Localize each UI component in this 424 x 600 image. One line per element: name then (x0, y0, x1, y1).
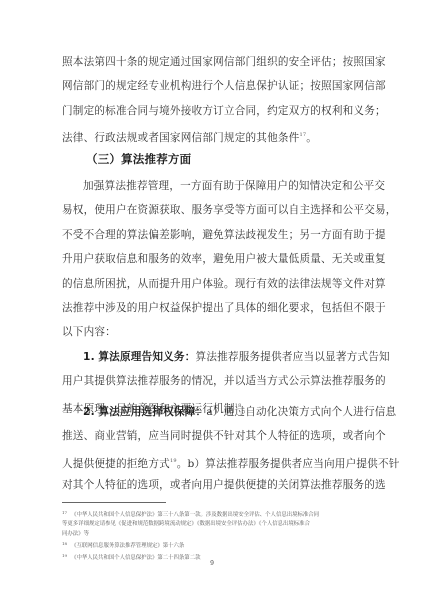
text-span: 算法推荐服务提供者应当以显著方式告知 (196, 351, 390, 363)
text-line: 法推荐中涉及的用户权益保护提出了具体的细化要求，包括但不限于 (62, 296, 362, 320)
text-span: 。b）算法推荐服务提供者应当向用户提供不针 (177, 458, 400, 470)
footnote-text: 《中华人民共和国个人信息保护法》第三十八条第一款。涉及数据出境安全评估、个人信息… (71, 512, 319, 518)
item-number: 1. (83, 351, 95, 363)
footnote-text: 《互联网信息服务算法推荐管理规定》第十六条 (71, 543, 184, 549)
item-title: 算法原理告知义务： (98, 351, 195, 363)
footnote-ref[interactable]: 19 (170, 458, 177, 464)
paragraph-algorithm-recommendation: 加强算法推荐管理，一方面有助于保障用户的知情决定和公平交 易权，使用户在资源获取… (62, 174, 362, 345)
text-line: 推送、商业营销，应当同时提供不针对其个人特征的选项，或者向个 (62, 424, 362, 448)
item-title: 算法应用选择权保障： (98, 406, 206, 418)
footnote-marker: 17 (62, 510, 67, 515)
text-line: 法律、行政法规或者国家网信部门规定的其他条件17。 (62, 123, 362, 147)
text-line: 人提供便捷的拒绝方式19。b）算法推荐服务提供者应当向用户提供不针 (62, 449, 362, 473)
item-number: 2. (83, 406, 95, 418)
page-number: 9 (0, 560, 424, 567)
text-span: 人提供便捷的拒绝方式 (62, 458, 170, 470)
text-line: 对其个人特征的选项，或者向用户提供便捷的关闭算法推荐服务的选 (62, 473, 362, 497)
text-span: 法律、行政法规或者国家网信部门规定的其他条件 (62, 132, 299, 144)
text-line: 网信部门的规定经专业机构进行个人信息保护认证；按照国家网信部 (62, 74, 362, 98)
footnote-marker: 18 (62, 541, 67, 546)
text-line: 加强算法推荐管理，一方面有助于保障用户的知情决定和公平交 (62, 174, 362, 198)
footnote-17: 17《中华人民共和国个人信息保护法》第三十八条第一款。涉及数据出境安全评估、个人… (62, 508, 362, 520)
text-line: 易权，使用户在资源获取、服务享受等方面可以自主选择和公平交易， (62, 198, 362, 222)
footnote-17-cont: 同办法》等 (62, 530, 362, 539)
text-span: a）通过自动化决策方式向个人进行信息 (206, 406, 396, 418)
text-span: 。 (306, 132, 317, 144)
text-line: 2. 算法应用选择权保障：a）通过自动化决策方式向个人进行信息 (62, 400, 362, 424)
document-page: 照本法第四十条的规定通过国家网信部门组织的安全评估；按照国家 网信部门的规定经专… (0, 0, 424, 600)
footnote-marker: 19 (62, 553, 67, 558)
text-line: 1. 算法原理告知义务：算法推荐服务提供者应当以显著方式告知 (62, 345, 362, 369)
text-line: 门制定的标准合同与境外接收方订立合同，约定双方的权利和义务； (62, 99, 362, 123)
footnote-18: 18《互联网信息服务算法推荐管理规定》第十六条 (62, 539, 362, 551)
footnotes: 17《中华人民共和国个人信息保护法》第三十八条第一款。涉及数据出境安全评估、个人… (62, 508, 362, 563)
text-line: 以下内容： (62, 320, 362, 344)
text-line: 的信息所困扰，从而提升用户体验。现行有效的法律法规等文件对算 (62, 272, 362, 296)
text-line: 不受不合理的算法偏差影响，避免算法歧视发生；另一方面有助于提 (62, 223, 362, 247)
list-item-algorithm-choice: 2. 算法应用选择权保障：a）通过自动化决策方式向个人进行信息 推送、商业营销，… (62, 400, 362, 498)
section-heading: （三）算法推荐方面 (62, 147, 386, 171)
text-line: 照本法第四十条的规定通过国家网信部门组织的安全评估；按照国家 (62, 50, 362, 74)
text-line: 用户其提供算法推荐服务的情况，并以适当方式公示算法推荐服务的 (62, 369, 362, 393)
footnote-separator (62, 502, 166, 503)
footnote-17-cont: 等更多详细规定请参见《促进和规范数据跨境流动规定》《数据出境安全评估办法》《个人… (62, 520, 362, 529)
paragraph-cross-border-conditions: 照本法第四十条的规定通过国家网信部门组织的安全评估；按照国家 网信部门的规定经专… (62, 50, 362, 148)
text-line: 升用户获取信息和服务的效率，避免用户被大量低质量、无关或重复 (62, 247, 362, 271)
